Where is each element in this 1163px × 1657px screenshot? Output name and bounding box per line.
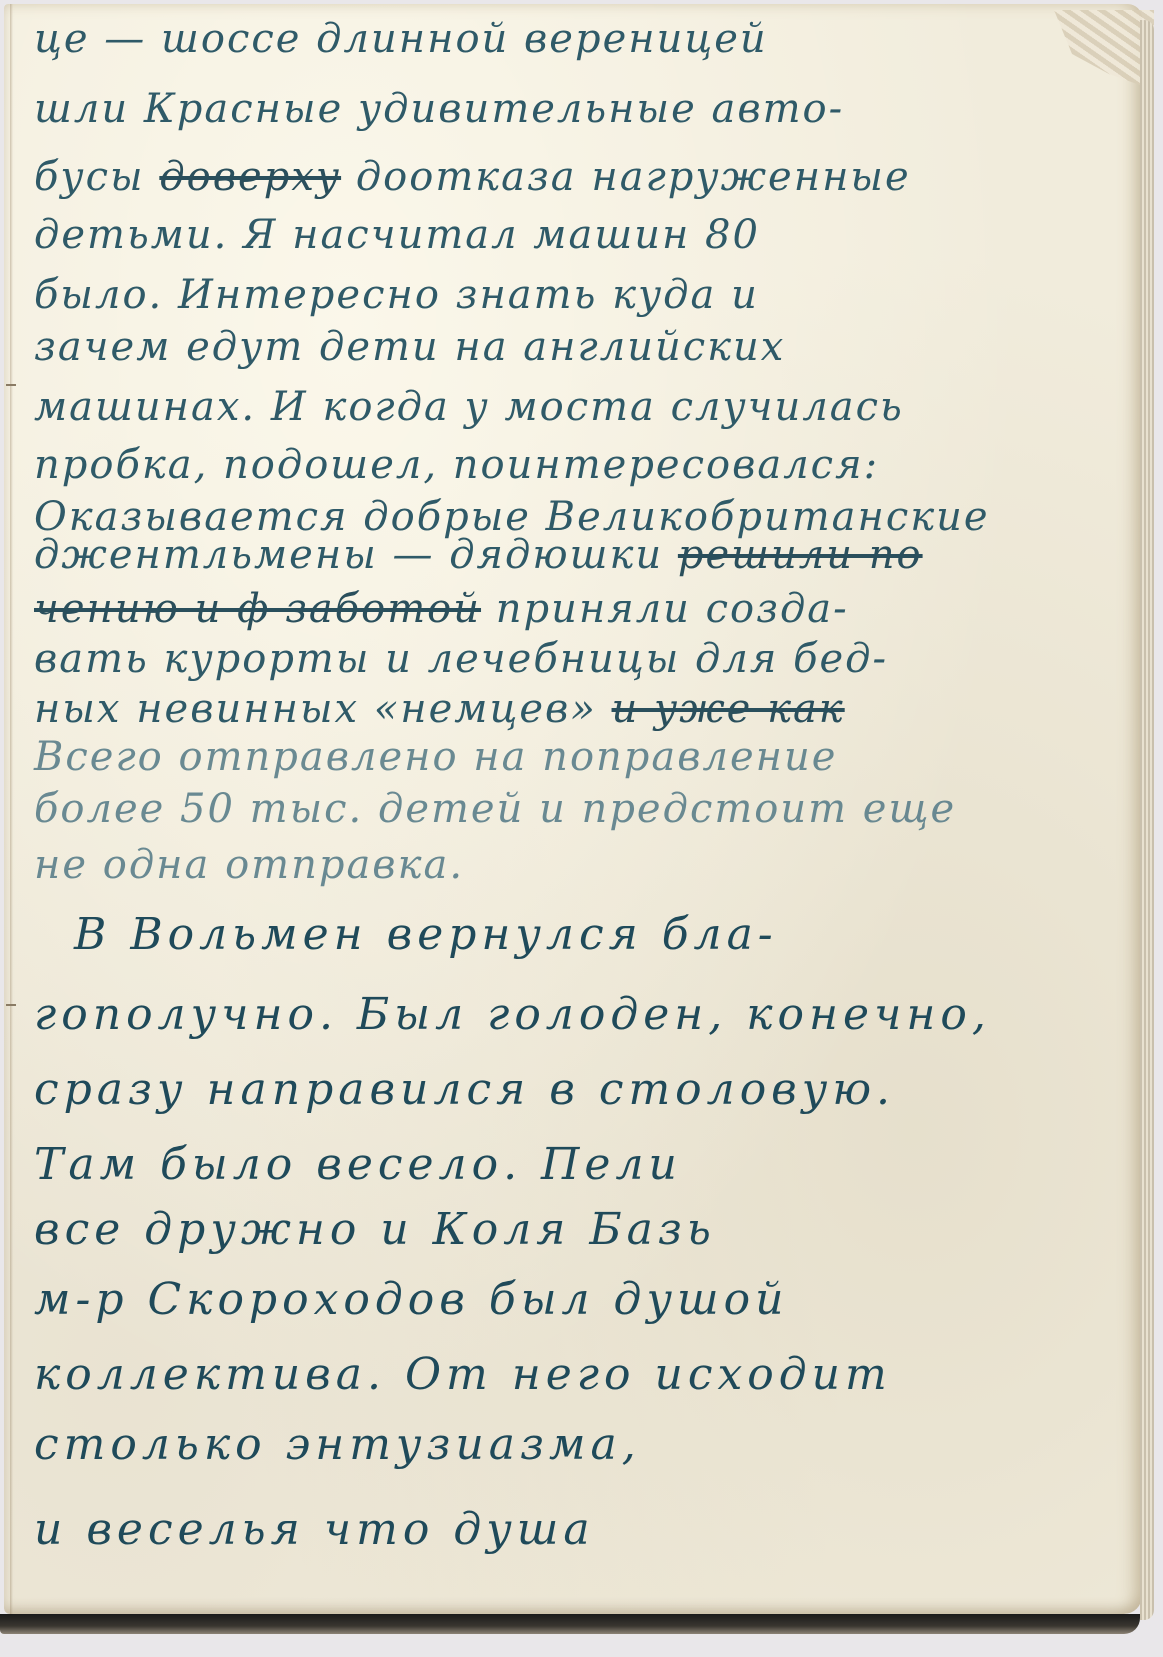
struck-text: доверху <box>159 154 341 200</box>
text-line: не одна отправка. <box>34 842 464 888</box>
line-text: коллектива. От него исходит <box>34 1349 892 1400</box>
line-text: было. Интересно знать куда и <box>34 272 759 318</box>
line-text: машинах. И когда у моста случилась <box>34 384 904 430</box>
text-line: пробка, подошел, поинтересовался: <box>34 442 879 488</box>
page-binding <box>10 4 13 1618</box>
line-text: гополучно. Был голоден, конечно, <box>34 989 991 1040</box>
text-line: вать курорты и лечебницы для бед- <box>34 636 888 682</box>
line-text: сразу направился в столовую. <box>34 1064 895 1115</box>
notebook-cover-edge <box>0 1614 1140 1634</box>
text-line: бусы доверху доотказа нагруженные <box>34 154 911 200</box>
text-line: детьми. Я насчитал машин 80 <box>34 212 760 258</box>
line-text: Всего отправлено на поправление <box>34 734 837 780</box>
line-text: вать курорты и лечебницы для бед- <box>34 636 888 682</box>
text-line: це — шоссе длинной вереницей <box>34 16 768 62</box>
line-text: ных невинных «немцев» <box>34 686 597 732</box>
text-line: Там было весело. Пели <box>34 1139 682 1190</box>
text-line: джентльмены — дядюшки решили по <box>34 532 923 578</box>
line-text: Там было весело. Пели <box>34 1139 682 1190</box>
line-text: зачем едут дети на английских <box>34 324 785 370</box>
text-line: ных невинных «немцев» и уже как <box>34 686 845 732</box>
line-text: приняли созда- <box>496 586 849 632</box>
text-line: все дружно и Коля Базь <box>34 1204 716 1255</box>
struck-text: и уже как <box>612 686 845 732</box>
line-text: джентльмены — дядюшки <box>34 532 663 578</box>
struck-text: решили по <box>678 532 923 578</box>
line-text: и веселья что душа <box>34 1504 595 1555</box>
text-line: сразу направился в столовую. <box>34 1064 895 1115</box>
text-line: м-р Скороходов был душой <box>34 1274 788 1325</box>
line-text: шли Красные удивительные авто- <box>34 86 844 132</box>
line-text: м-р Скороходов был душой <box>34 1274 788 1325</box>
line-text: доотказа нагруженные <box>356 154 911 200</box>
text-line: В Вольмен вернулся бла- <box>74 909 778 960</box>
text-line: шли Красные удивительные авто- <box>34 86 844 132</box>
text-line: гополучно. Был голоден, конечно, <box>34 989 991 1040</box>
line-text: В Вольмен вернулся бла- <box>74 909 778 960</box>
text-line: Всего отправлено на поправление <box>34 734 837 780</box>
line-text: все дружно и Коля Базь <box>34 1204 716 1255</box>
text-line: и веселья что душа <box>34 1504 595 1555</box>
page-stack-edge <box>1140 20 1154 1620</box>
struck-text: чению и ф заботой <box>34 586 481 632</box>
line-text: пробка, подошел, поинтересовался: <box>34 442 879 488</box>
text-line: столько энтузиазма, <box>34 1419 641 1470</box>
dog-eared-corner <box>1054 10 1154 90</box>
text-line: было. Интересно знать куда и <box>34 272 759 318</box>
binding-stitch <box>6 1004 16 1006</box>
line-text: бусы <box>34 154 145 200</box>
binding-stitch <box>6 384 16 386</box>
line-text: столько энтузиазма, <box>34 1419 641 1470</box>
line-text: не одна отправка. <box>34 842 464 888</box>
text-line: чению и ф заботой приняли созда- <box>34 586 849 632</box>
text-line: зачем едут дети на английских <box>34 324 785 370</box>
line-text: це — шоссе длинной вереницей <box>34 16 768 62</box>
text-line: машинах. И когда у моста случилась <box>34 384 904 430</box>
notebook-page: це — шоссе длинной вереницей шли Красные… <box>4 4 1142 1614</box>
text-line: более 50 тыс. детей и предстоит еще <box>34 786 956 832</box>
text-line: коллектива. От него исходит <box>34 1349 892 1400</box>
line-text: более 50 тыс. детей и предстоит еще <box>34 786 956 832</box>
line-text: детьми. Я насчитал машин 80 <box>34 212 760 258</box>
